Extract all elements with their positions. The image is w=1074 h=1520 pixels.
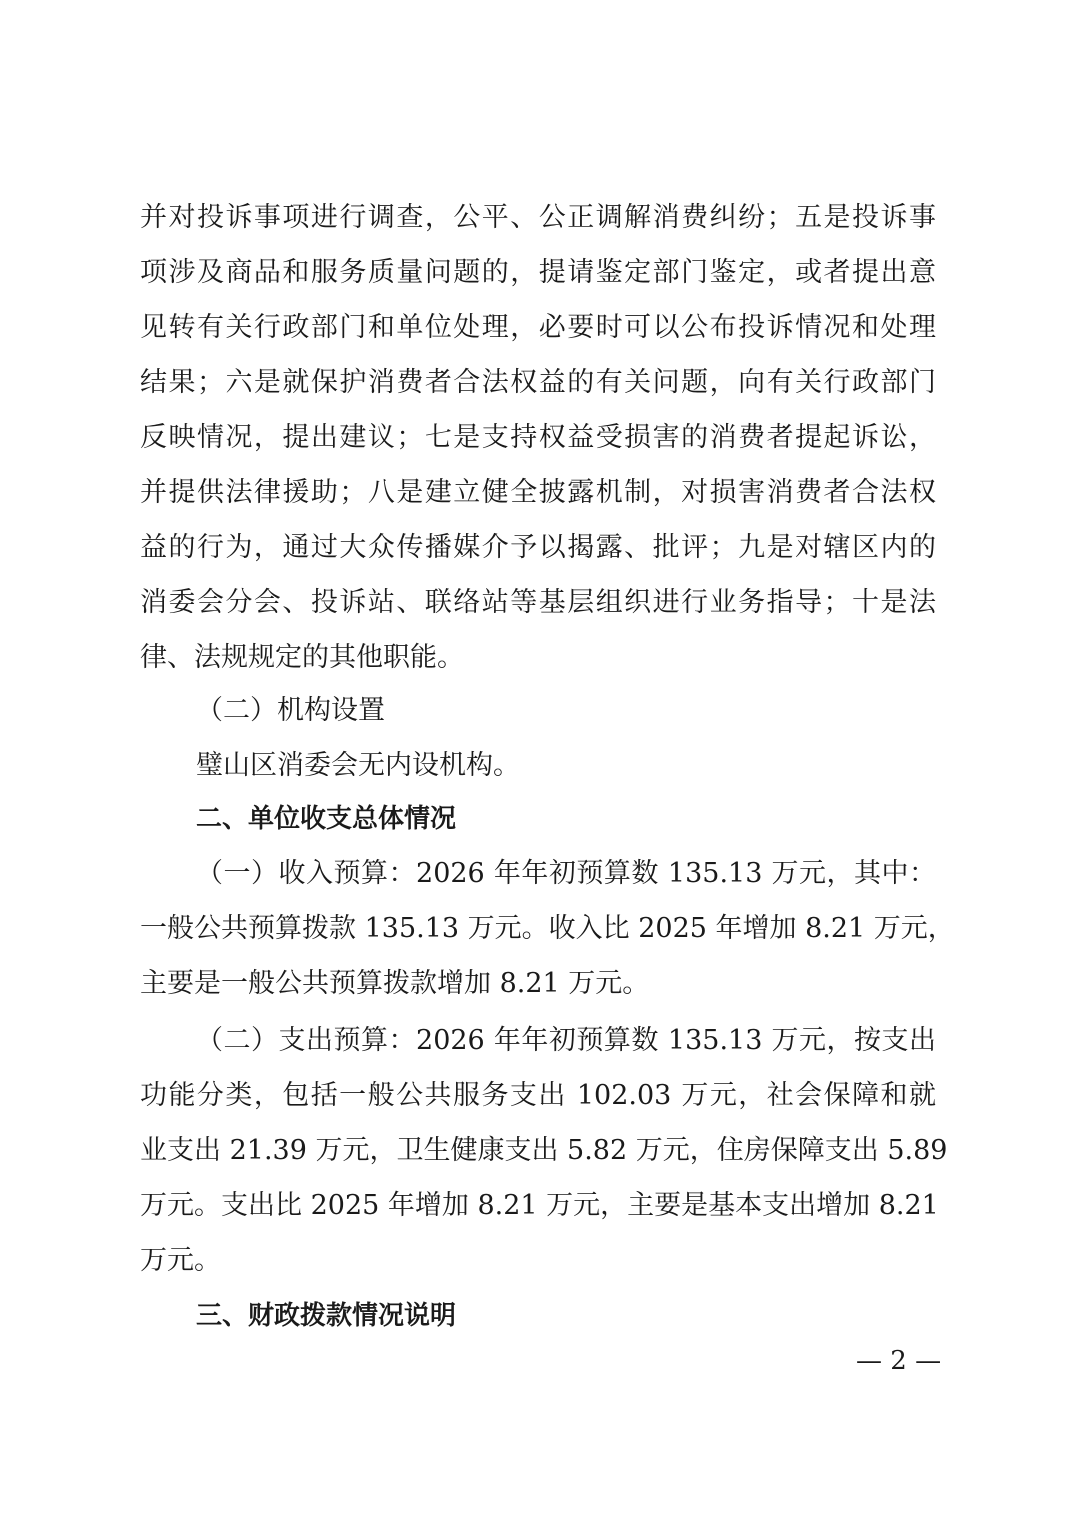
expenditure-line: 功能分类，包括一般公共服务支出 102.03 万元，社会保障和就 <box>140 1076 936 1116</box>
paragraph-line: 益的行为，通过大众传播媒介予以揭露、批评；九是对辖区内的 <box>140 528 936 568</box>
expenditure-line: 万元。 <box>140 1241 936 1281</box>
paragraph-line: 消委会分会、投诉站、联络站等基层组织进行业务指导；十是法 <box>140 583 936 623</box>
expenditure-line: 业支出 21.39 万元，卫生健康支出 5.82 万元，住房保障支出 5.89 <box>140 1131 936 1171</box>
section-heading-two: 二、单位收支总体情况 <box>196 799 936 839</box>
paragraph-line: 见转有关行政部门和单位处理，必要时可以公布投诉情况和处理 <box>140 308 936 348</box>
expenditure-line: （二）支出预算：2026 年年初预算数 135.13 万元，按支出 <box>196 1021 936 1061</box>
paragraph-line: 并提供法律援助；八是建立健全披露机制，对损害消费者合法权 <box>140 473 936 513</box>
page-number: — 2 — <box>856 1343 946 1379</box>
income-line: 一般公共预算拨款 135.13 万元。收入比 2025 年增加 8.21 万元， <box>140 909 936 949</box>
paragraph-line: 反映情况，提出建议；七是支持权益受损害的消费者提起诉讼， <box>140 418 936 458</box>
subsection-heading-org: （二）机构设置 <box>196 691 936 731</box>
org-body-text: 璧山区消委会无内设机构。 <box>196 746 936 786</box>
paragraph-line: 结果；六是就保护消费者合法权益的有关问题，向有关行政部门 <box>140 363 936 403</box>
paragraph-line: 并对投诉事项进行调查，公平、公正调解消费纠纷；五是投诉事 <box>140 198 936 238</box>
section-heading-three: 三、财政拨款情况说明 <box>196 1296 936 1336</box>
document-page: 并对投诉事项进行调查，公平、公正调解消费纠纷；五是投诉事 项涉及商品和服务质量问… <box>0 0 1074 1520</box>
income-line: 主要是一般公共预算拨款增加 8.21 万元。 <box>140 964 936 1004</box>
income-line: （一）收入预算：2026 年年初预算数 135.13 万元，其中： <box>196 854 936 894</box>
paragraph-line: 律、法规规定的其他职能。 <box>140 638 936 678</box>
paragraph-line: 项涉及商品和服务质量问题的，提请鉴定部门鉴定，或者提出意 <box>140 253 936 293</box>
expenditure-line: 万元。支出比 2025 年增加 8.21 万元，主要是基本支出增加 8.21 <box>140 1186 936 1226</box>
